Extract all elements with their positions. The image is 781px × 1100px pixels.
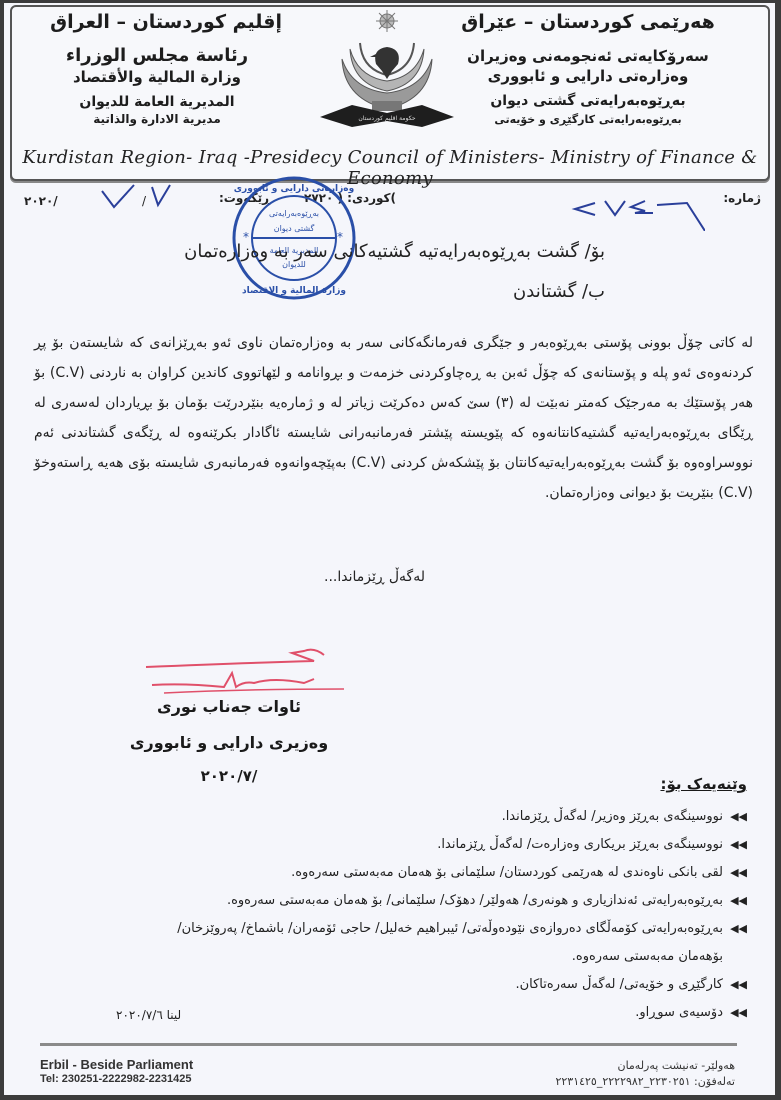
addressee-to: بۆ/ گشت بەڕێوەبەرایەتیە گشتیەکانی سەر بە… xyxy=(184,241,605,262)
svg-text:وزارة المالية و الاقتصاد: وزارة المالية و الاقتصاد xyxy=(242,286,346,296)
cc-item-text: کارگێڕی و خۆیەتی/ لەگەڵ سەرەتاکان. xyxy=(515,977,723,992)
cc-item: ◀◀لقی بانکی ناوەندی لە هەرێمی کوردستان/ … xyxy=(34,859,747,887)
ministry-arabic: وزارة المالية والأقتصاد xyxy=(32,68,282,86)
signer-name: ئاوات جەناب نوری xyxy=(124,697,334,716)
cc-item-text: بەڕێوەبەرایەتی کۆمەڵگای دەروازەی نێودەوڵ… xyxy=(177,921,723,936)
cc-item: ◀◀نووسینگەی بەڕێز وەزیر/ لەگەڵ ڕێزماندا. xyxy=(34,803,747,831)
council-arabic: رئاسة مجلس الوزراء xyxy=(32,45,282,66)
cc-heading: وێنەیەک بۆ: xyxy=(660,775,747,793)
footer-address-ku: هەولێر- تەنیشت پەرلەمان xyxy=(555,1059,735,1072)
footer-tel-ku: تەلەفۆن: ٢٢٣٠٢٥١_٢٢٢٢٩٨٢_٢٢٣١٤٢٥ xyxy=(555,1075,735,1088)
region-title-arabic: إقليم كوردستان – العراق xyxy=(32,11,282,33)
handwritten-number xyxy=(565,181,705,231)
svg-text:وەزارەتی دارایی و ئابووری: وەزارەتی دارایی و ئابووری xyxy=(234,184,354,194)
svg-text:٢٠٢٠/: ٢٠٢٠/ xyxy=(24,194,58,208)
letter-page: إقليم كوردستان – العراق رئاسة مجلس الوزر… xyxy=(4,3,775,1095)
subject-line: ب/ گشتاندن xyxy=(513,281,605,302)
letterhead: إقليم كوردستان – العراق رئاسة مجلس الوزر… xyxy=(10,5,770,181)
handwritten-date: ٢٠٢٠/ / xyxy=(24,181,174,211)
typist-initials: لينا ٢٠٢٠/٧/٦ xyxy=(116,1008,181,1022)
sub-directorate-kurdish: بەڕێوەبەرایەتی کارگێڕی و خۆیەتی xyxy=(438,113,738,126)
ministry-kurdish: وەزارەتی دارایی و ئابووری xyxy=(438,67,738,85)
council-kurdish: سەرۆکایەتی ئەنجومەنی وەزیران xyxy=(438,47,738,65)
double-arrow-bullet-icon: ◀◀ xyxy=(730,915,747,943)
cc-item-text: بەڕێوەبەرایەتی ئەندازیاری و هونەری/ هەول… xyxy=(227,893,723,908)
cc-item-continuation: بۆهەمان مەبەستی سەرەوە. xyxy=(34,943,747,971)
number-label: ژمارە: xyxy=(723,191,761,205)
cc-list: ◀◀نووسینگەی بەڕێز وەزیر/ لەگەڵ ڕێزماندا.… xyxy=(34,803,747,1027)
footer-address-en: Erbil - Beside Parliament xyxy=(40,1057,193,1072)
official-stamp: بەڕێوەبەرایەتی گشتی دیوان المديرية العام… xyxy=(229,171,359,306)
region-title-kurdish: هەرێمی کوردستان – عێراق xyxy=(438,11,738,33)
cc-item: ◀◀بەڕێوەبەرایەتی ئەندازیاری و هونەری/ هە… xyxy=(34,887,747,915)
double-arrow-bullet-icon: ◀◀ xyxy=(730,971,747,999)
closing-regards: لەگەڵ ڕێزماندا... xyxy=(324,569,425,585)
double-arrow-bullet-icon: ◀◀ xyxy=(730,859,747,887)
directorate-kurdish: بەڕێوەبەرایەتی گشتی دیوان xyxy=(438,93,738,109)
double-arrow-bullet-icon: ◀◀ xyxy=(730,831,747,859)
footer-kurdish: هەولێر- تەنیشت پەرلەمان تەلەفۆن: ٢٢٣٠٢٥١… xyxy=(555,1059,735,1088)
directorate-arabic: المديرية العامة للديوان xyxy=(32,94,282,110)
svg-text:حكومة اقليم كوردستان: حكومة اقليم كوردستان xyxy=(358,115,416,122)
footer-tel-en: Tel: 230251-2222982-2231425 xyxy=(40,1073,193,1085)
cc-item-text: نووسینگەی بەڕێز بریکاری وەزارەت/ لەگەڵ ڕ… xyxy=(437,837,723,852)
cc-item-text: نووسینگەی بەڕێز وەزیر/ لەگەڵ ڕێزماندا. xyxy=(502,809,723,824)
double-arrow-bullet-icon: ◀◀ xyxy=(730,887,747,915)
letterhead-kurdish: هەرێمی کوردستان – عێراق سەرۆکایەتی ئەنجو… xyxy=(438,7,738,126)
letter-body: لە کاتی چۆڵ بوونی پۆستی بەڕێوەبەر و جێگر… xyxy=(34,328,753,508)
letterhead-arabic: إقليم كوردستان – العراق رئاسة مجلس الوزر… xyxy=(32,7,282,126)
double-arrow-bullet-icon: ◀◀ xyxy=(730,999,747,1027)
signature xyxy=(144,643,364,703)
cc-item-text: لقی بانکی ناوەندی لە هەرێمی کوردستان/ سل… xyxy=(291,865,723,880)
cc-item-text: دۆسیەی سوڕاو. xyxy=(635,1005,723,1020)
svg-text:گشتی دیوان: گشتی دیوان xyxy=(274,223,315,233)
footer-english: Erbil - Beside Parliament Tel: 230251-22… xyxy=(40,1057,193,1085)
sub-directorate-arabic: مديرية الادارة والذاتية xyxy=(32,112,282,126)
cc-item: ◀◀کارگێڕی و خۆیەتی/ لەگەڵ سەرەتاکان. xyxy=(34,971,747,999)
footer-divider xyxy=(40,1043,737,1046)
signer-title: وەزیری دارایی و ئابووری xyxy=(124,733,334,752)
svg-text:/: / xyxy=(142,194,147,208)
signer-date: ٢٠٢٠/٧/ xyxy=(124,767,334,785)
svg-text:بەڕێوەبەرایەتی: بەڕێوەبەرایەتی xyxy=(269,209,319,218)
cc-item: ◀◀نووسینگەی بەڕێز بریکاری وەزارەت/ لەگەڵ… xyxy=(34,831,747,859)
double-arrow-bullet-icon: ◀◀ xyxy=(730,803,747,831)
cc-item: ◀◀بەڕێوەبەرایەتی کۆمەڵگای دەروازەی نێودە… xyxy=(34,915,747,943)
